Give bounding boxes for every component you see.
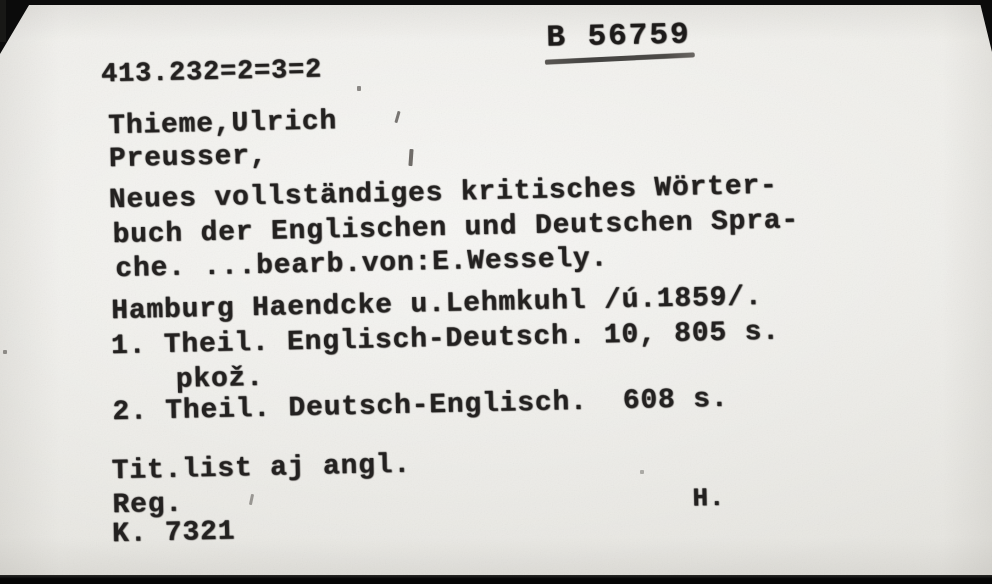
scan-border-top [0,0,992,5]
title-line-3: che. ...bearb.von:E.Wessely. [115,245,608,284]
cataloguer-initials: H. [692,485,725,512]
accession-number: B 56759 [546,19,691,53]
register-note: Reg. [112,491,183,521]
scan-corner-bottom-left [0,0,6,42]
binding-note: pkož. [175,365,264,395]
shelf-number: K. 7321 [112,519,236,550]
author-main: Thieme,Ulrich [108,108,337,141]
language-note: Tit.list aj angl. [111,452,411,487]
classification-number: 413.232=2=3=2 [101,58,323,90]
catalog-card-scan: B 56759 413.232=2=3=2 Thieme,Ulrich Preu… [0,0,992,584]
author-secondary: Preusser, [109,143,268,174]
scan-border-bottom [0,575,992,584]
typewritten-content: B 56759 413.232=2=3=2 Thieme,Ulrich Preu… [0,0,992,584]
